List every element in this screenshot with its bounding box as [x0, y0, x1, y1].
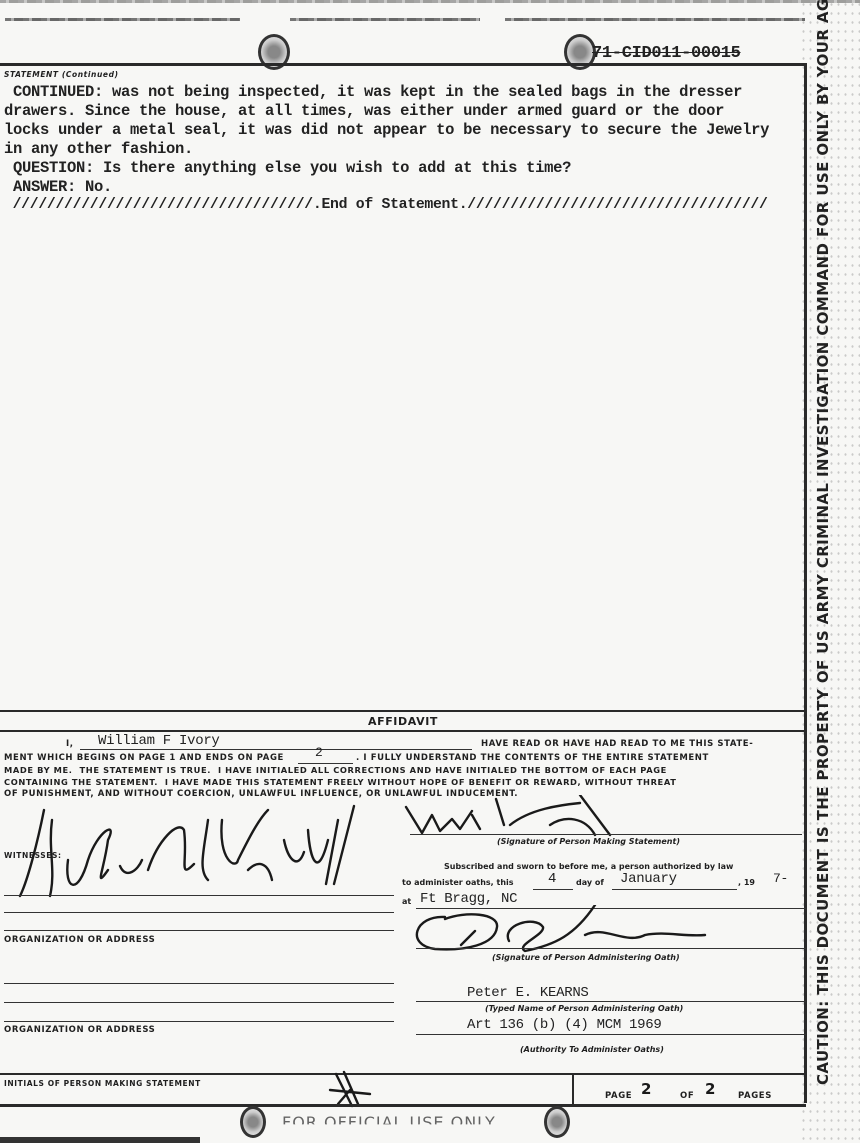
pages-label: PAGES [738, 1091, 772, 1101]
witness-line-6 [4, 1021, 394, 1022]
witness-line-4 [4, 983, 394, 984]
sworn-line-2a: to administer oaths, this [402, 878, 514, 887]
footer-top-line [0, 1073, 806, 1075]
statement-body: CONTINUED: was not being inspected, it w… [4, 83, 769, 216]
month-line [612, 889, 737, 890]
statement-line: drawers. Since the house, at all times, … [4, 102, 769, 121]
affiant-name: William F Ivory [98, 733, 220, 749]
of-label: OF [680, 1091, 694, 1101]
admin-signature-caption: (Signature of Person Administering Oath) [492, 953, 680, 962]
affidavit-title: AFFIDAVIT [0, 715, 806, 728]
org-address-label-1: ORGANIZATION OR ADDRESS [4, 935, 155, 945]
page-label: PAGE [605, 1091, 632, 1101]
statement-line: locks under a metal seal, it was did not… [4, 121, 769, 140]
punch-hole-icon [240, 1106, 266, 1138]
total-pages: 2 [705, 1080, 715, 1098]
punch-hole-icon [544, 1106, 570, 1138]
witnesses-label: WITNESSES: [4, 851, 62, 860]
sworn-day: 4 [548, 871, 556, 887]
sworn-line-1: Subscribed and sworn to before me, a per… [444, 862, 733, 871]
authority-caption: (Authority To Administer Oaths) [520, 1045, 664, 1054]
affiant-prefix: I, [66, 739, 74, 749]
document-number: 71-CID011-00015 [592, 44, 741, 63]
affidavit-line-3: MADE BY ME. THE STATEMENT IS TRUE. I HAV… [4, 765, 667, 775]
statement-continued-label: STATEMENT (Continued) [4, 70, 119, 79]
witness-signature [8, 800, 388, 900]
witness-line-2 [4, 912, 394, 913]
witness-line-1 [4, 895, 394, 896]
page-box-divider [572, 1073, 574, 1105]
bottom-edge-shadow [0, 1137, 200, 1143]
witness-line-3 [4, 930, 394, 931]
sworn-line-2b: day of [576, 878, 604, 887]
year-prefix: , 19 [738, 878, 755, 887]
admin-name-caption: (Typed Name of Person Administering Oath… [485, 1004, 683, 1013]
top-edge-smear [0, 0, 860, 3]
witness-line-5 [4, 1002, 394, 1003]
initials-label: INITIALS OF PERSON MAKING STATEMENT [4, 1079, 201, 1088]
frame-top-line [0, 63, 806, 66]
header-smear-left [5, 18, 240, 21]
org-address-label-2: ORGANIZATION OR ADDRESS [4, 1025, 155, 1035]
day-line [533, 889, 573, 890]
sworn-month: January [620, 871, 677, 887]
admin-signature-line [416, 948, 806, 949]
affidavit-line-2a: MENT WHICH BEGINS ON PAGE 1 AND ENDS ON … [4, 753, 284, 763]
admin-typed-name: Peter E. KEARNS [467, 985, 589, 1001]
page-number: 2 [641, 1080, 651, 1098]
statement-line: CONTINUED: was not being inspected, it w… [4, 83, 769, 102]
have-read-text: HAVE READ OR HAVE HAD READ TO ME THIS ST… [481, 739, 753, 749]
footer-bottom-line [0, 1104, 806, 1107]
affidavit-title-underline [0, 730, 806, 732]
caution-margin-text: CAUTION: THIS DOCUMENT IS THE PROPERTY O… [814, 0, 832, 1085]
authority-line [416, 1034, 806, 1035]
ends-on-page-value: 2 [315, 745, 323, 760]
sworn-year: 7- [773, 871, 788, 886]
authority-value: Art 136 (b) (4) MCM 1969 [467, 1017, 661, 1033]
end-of-statement-line: ///////////////////////////////////.End … [4, 197, 769, 216]
affiant-signature-line [410, 834, 802, 835]
affiant-signature-caption: (Signature of Person Making Statement) [497, 837, 680, 846]
admin-name-line [416, 1001, 806, 1002]
affidavit-top-line [0, 710, 806, 712]
header-smear-right [505, 18, 805, 21]
statement-line: QUESTION: Is there anything else you wis… [4, 159, 769, 178]
affiant-name-line [80, 749, 472, 750]
statement-line: ANSWER: No. [4, 178, 769, 197]
affidavit-line-4: CONTAINING THE STATEMENT. I HAVE MADE TH… [4, 777, 676, 787]
ends-on-page-line [298, 763, 353, 764]
header-smear-middle [290, 18, 480, 21]
statement-line: in any other fashion. [4, 140, 769, 159]
frame-right-line [804, 63, 807, 1103]
affidavit-line-2b: . I FULLY UNDERSTAND THE CONTENTS OF THE… [356, 753, 709, 763]
bottom-classification-text: FOR OFFICIAL USE ONLY [282, 1113, 496, 1132]
